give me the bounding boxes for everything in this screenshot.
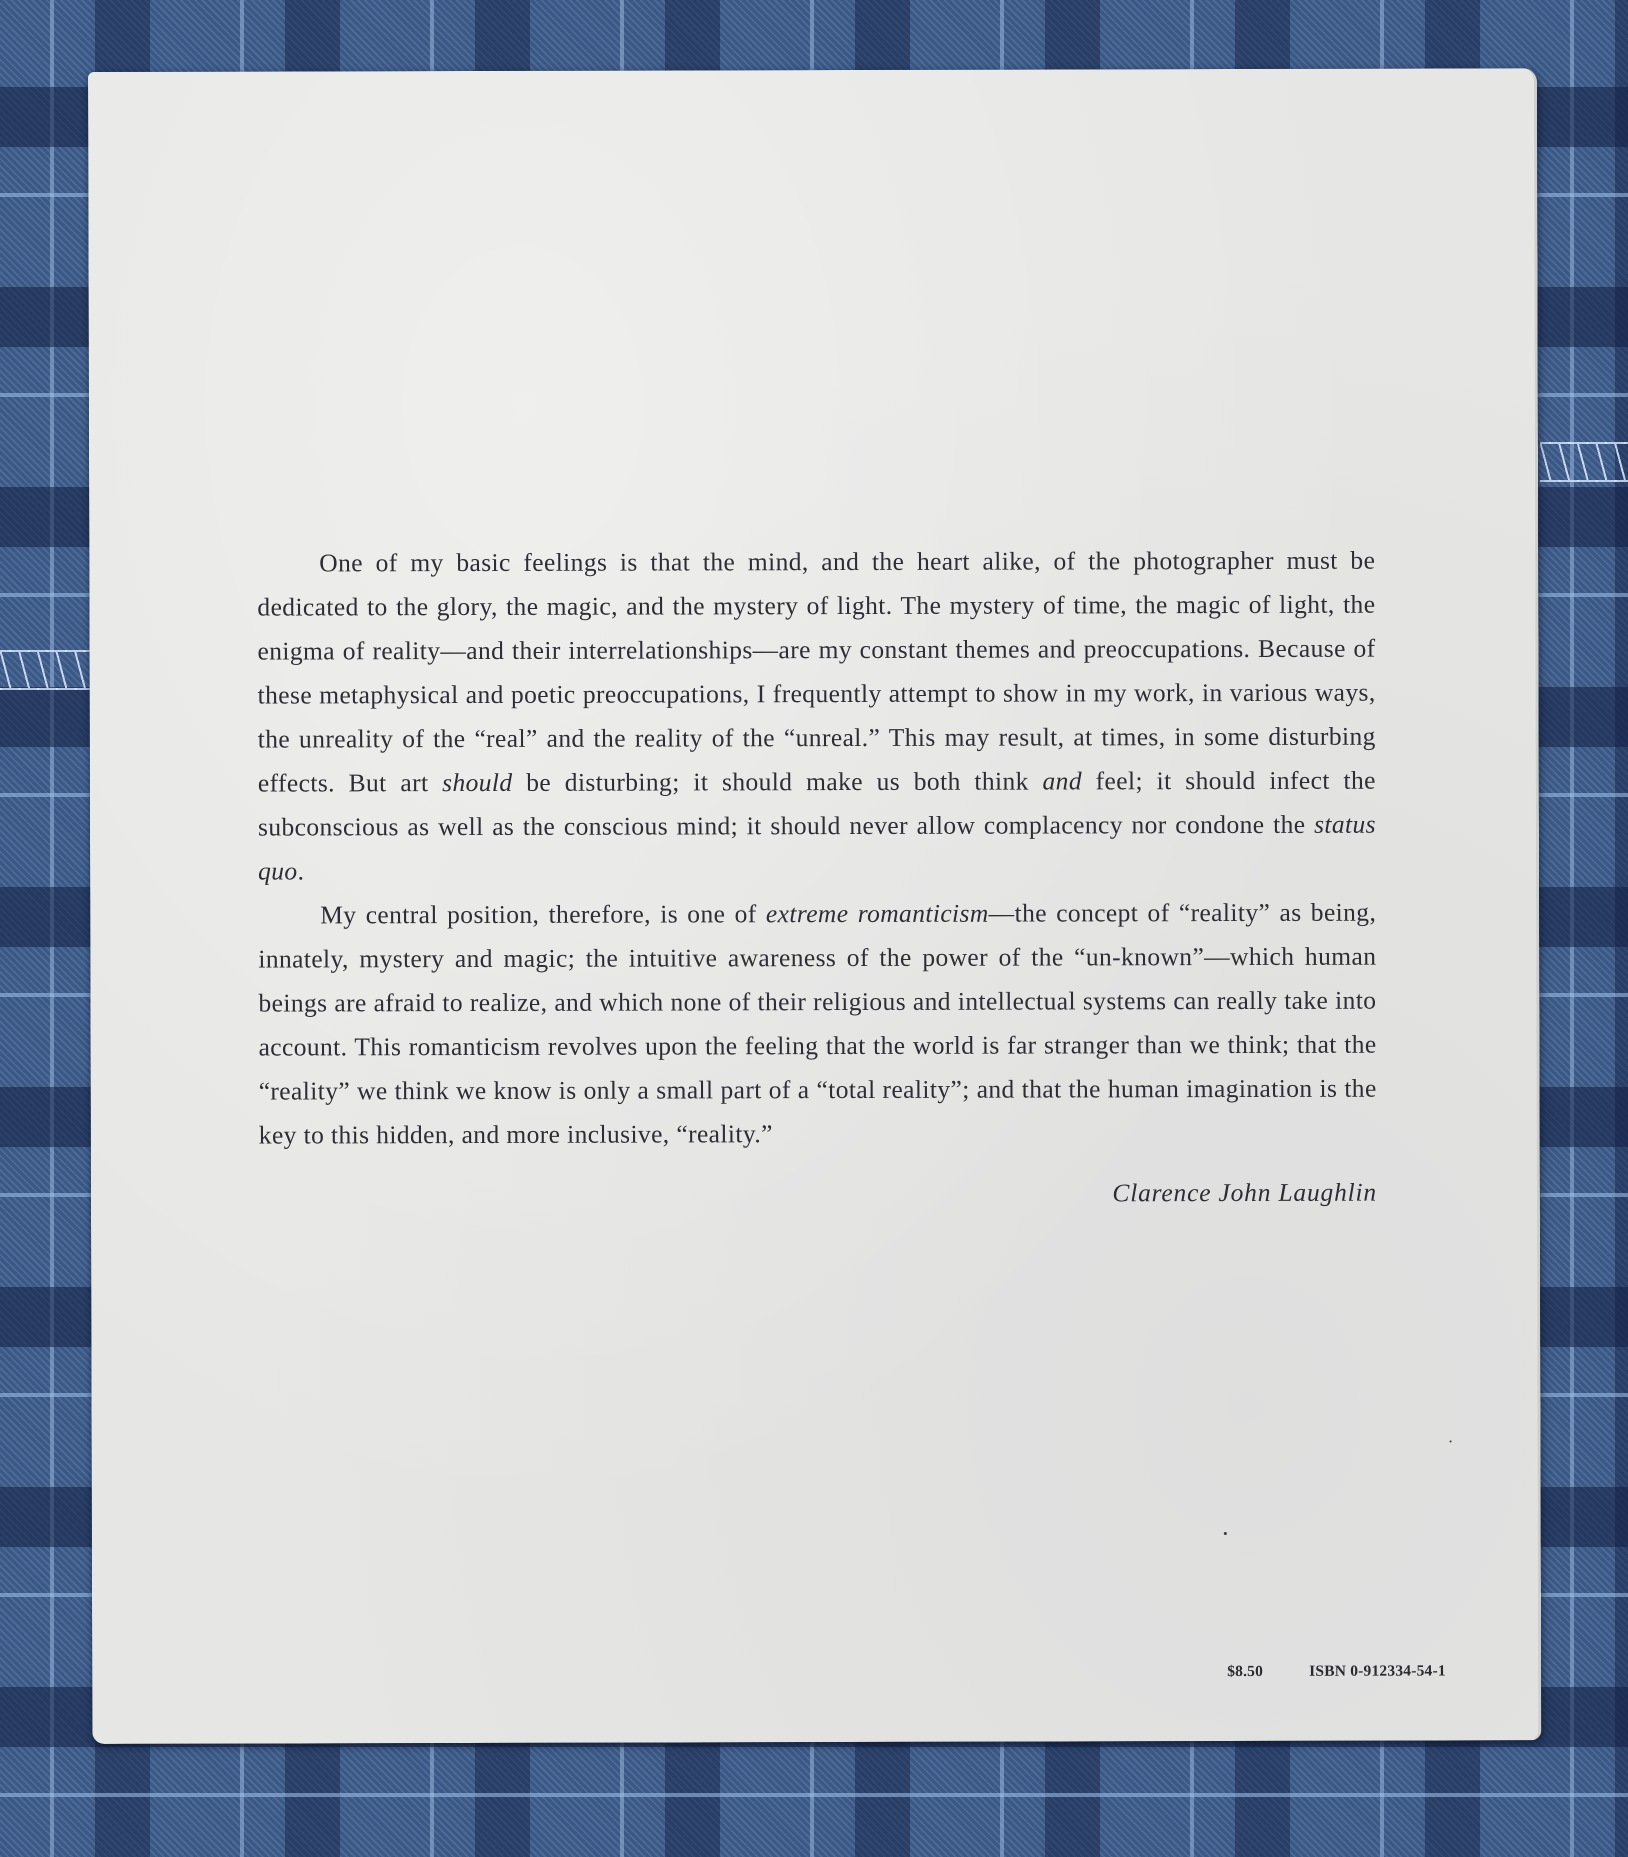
price-isbn-line: $8.50 ISBN 0-912334-54-1 <box>1227 1662 1446 1681</box>
quote-paragraph-2: My central position, therefore, is one o… <box>258 891 1377 1158</box>
isbn-label: ISBN 0-912334-54-1 <box>1309 1662 1446 1679</box>
text-segment: My central position, therefore, is one o… <box>320 899 766 929</box>
text-segment: —the concept of “reality” as being, inna… <box>258 898 1376 1150</box>
price-label: $8.50 <box>1227 1663 1263 1680</box>
fabric-stitch <box>1540 442 1628 482</box>
author-signature: Clarence John Laughlin <box>259 1171 1377 1218</box>
paper-speck <box>1224 1532 1227 1535</box>
paper-speck <box>1450 1440 1452 1442</box>
fabric-stitch <box>0 650 95 690</box>
text-segment: One of my basic feelings is that the min… <box>257 546 1375 798</box>
text-segment: . <box>298 856 305 885</box>
text-segment: be disturbing; it should make us both th… <box>512 767 1042 797</box>
quote-text-block: One of my basic feelings is that the min… <box>257 539 1377 1218</box>
quote-paragraph-1: One of my basic feelings is that the min… <box>257 539 1376 894</box>
italic-emphasis: and <box>1042 766 1082 795</box>
italic-emphasis: should <box>442 768 512 797</box>
book-back-cover: One of my basic feelings is that the min… <box>88 68 1541 1744</box>
italic-emphasis: extreme romanticism <box>766 899 989 929</box>
